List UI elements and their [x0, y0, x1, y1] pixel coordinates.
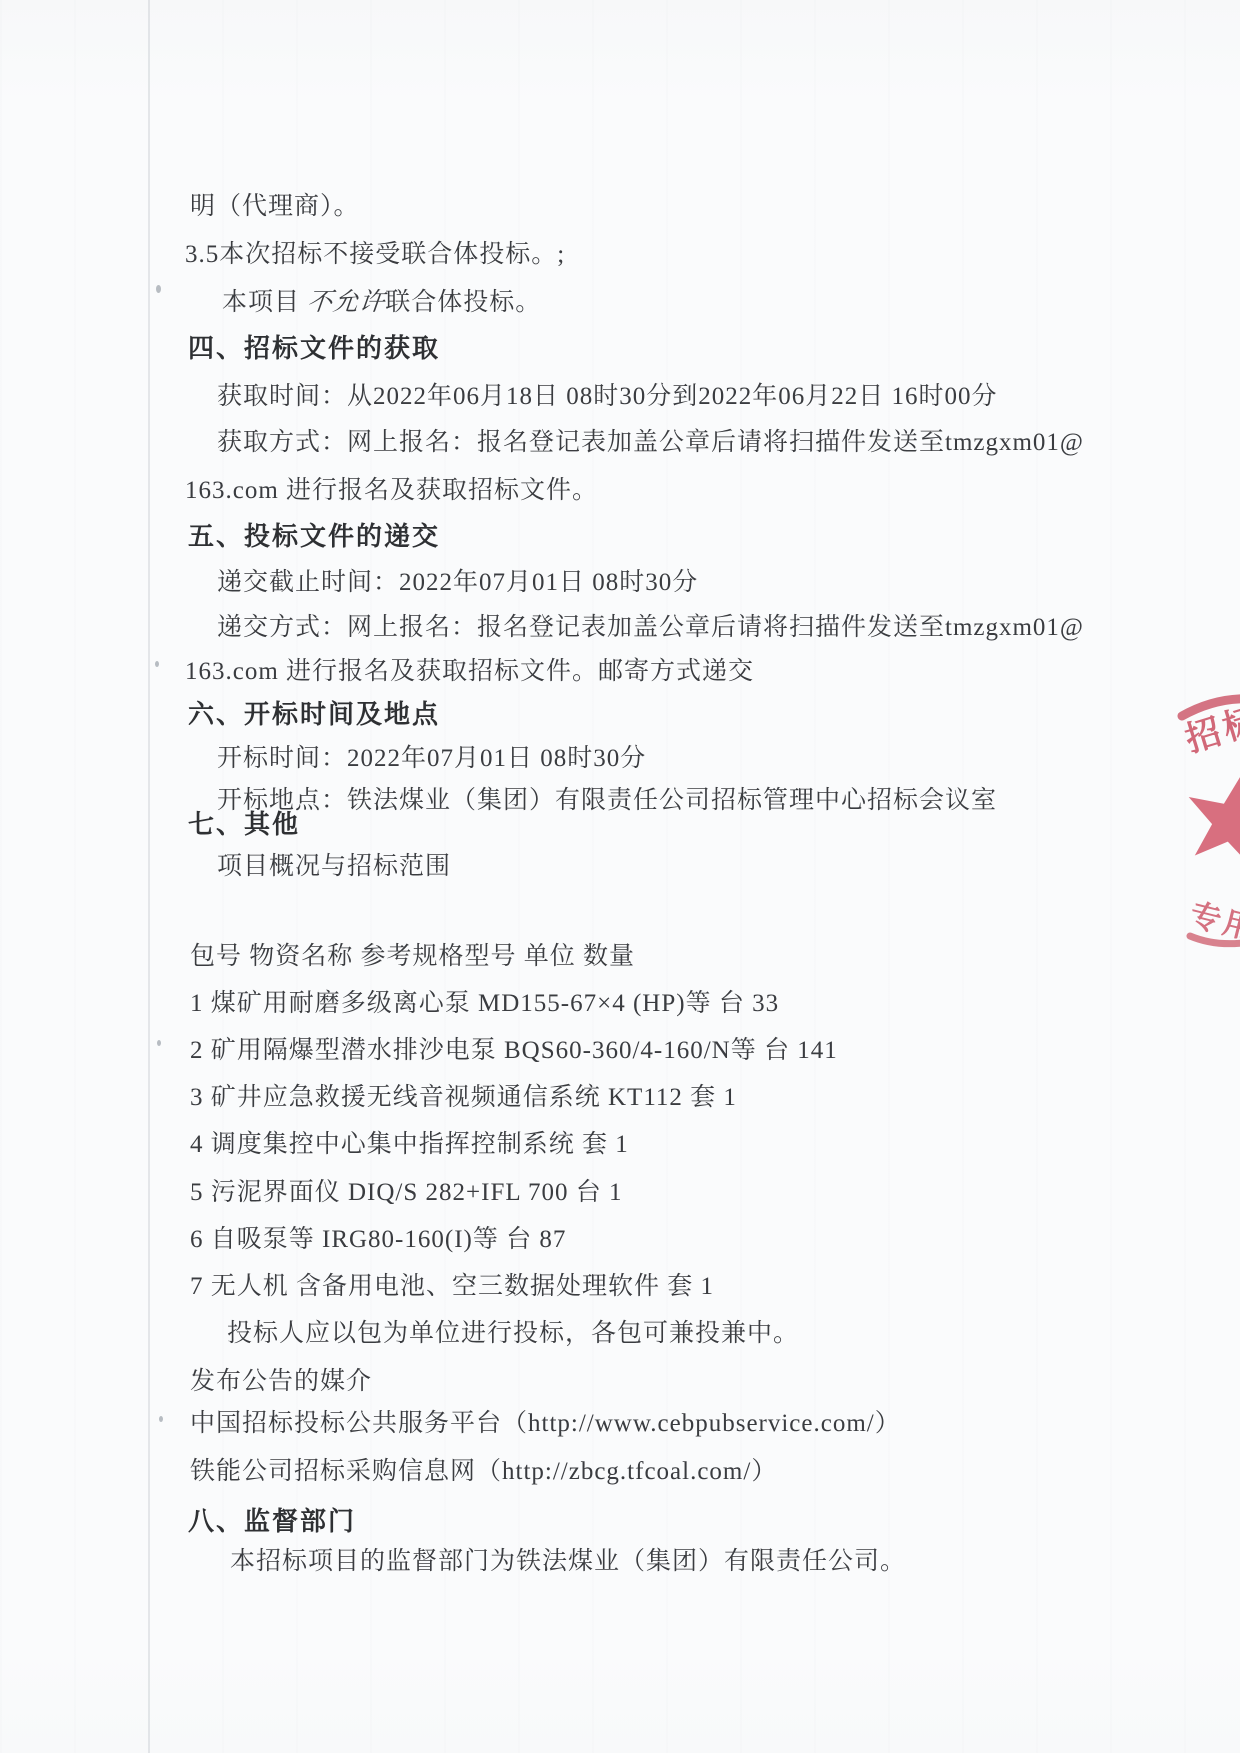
stamp-star-icon	[1189, 773, 1240, 868]
scan-speck	[159, 1416, 163, 1422]
clause-no-consortium-emphasis: 不允许	[306, 287, 387, 318]
package-item-row: 4 调度集控中心集中指挥控制系统 套 1	[190, 1129, 629, 1160]
scan-speck	[155, 661, 159, 667]
package-item-row: 7 无人机 含备用电池、空三数据处理软件 套 1	[190, 1271, 714, 1302]
section-6-open-time: 开标时间：2022年07月01日 08时30分	[217, 743, 646, 774]
scan-streak-line	[148, 0, 150, 1753]
section-8-heading: 八、监督部门	[188, 1506, 356, 1539]
clause-no-consortium-prefix: 本项目	[222, 289, 307, 316]
section-4-obtain-time: 获取时间：从2022年06月18日 08时30分到2022年06月22日 16时…	[217, 381, 998, 412]
section-4-heading: 四、招标文件的获取	[188, 333, 440, 366]
clause-3-5: 3.5本次招标不接受联合体投标。;	[185, 239, 565, 270]
section-6-open-place: 开标地点：铁法煤业（集团）有限责任公司招标管理中心招标会议室	[217, 785, 997, 816]
section-7-overview-label: 项目概况与招标范围	[217, 851, 451, 882]
package-table-header: 包号 物资名称 参考规格型号 单位 数量	[190, 941, 635, 972]
package-item-row: 5 污泥界面仪 DIQ/S 282+IFL 700 台 1	[190, 1177, 622, 1208]
package-item-row: 1 煤矿用耐磨多级离心泵 MD155-67×4 (HP)等 台 33	[190, 988, 779, 1019]
section-5-submit-method-cont: 163.com 进行报名及获取招标文件。邮寄方式递交	[185, 656, 754, 687]
scan-speck	[156, 285, 161, 293]
red-seal-stamp: 招标 专用章	[1146, 688, 1240, 958]
package-item-row: 2 矿用隔爆型潜水排沙电泵 BQS60-360/4-160/N等 台 141	[190, 1035, 838, 1066]
section-8-body: 本招标项目的监督部门为铁法煤业（集团）有限责任公司。	[230, 1546, 906, 1577]
clause-no-consortium-suffix: 联合体投标。	[385, 289, 541, 316]
section-5-heading: 五、投标文件的递交	[188, 521, 440, 554]
clause-no-consortium: 本项目 不允许联合体投标。	[222, 287, 541, 318]
paragraph-agent-tail: 明（代理商）。	[190, 191, 360, 222]
section-4-obtain-method: 获取方式：网上报名：报名登记表加盖公章后请将扫描件发送至tmzgxm01@	[217, 427, 1084, 458]
media-platform-cebpub: 中国招标投标公共服务平台（http://www.cebpubservice.co…	[190, 1408, 901, 1439]
section-5-submit-method: 递交方式：网上报名：报名登记表加盖公章后请将扫描件发送至tmzgxm01@	[217, 612, 1084, 643]
media-platform-tfcoal: 铁能公司招标采购信息网（http://zbcg.tfcoal.com/）	[190, 1456, 777, 1487]
section-7-heading: 七、其他	[188, 809, 300, 842]
bidding-note: 投标人应以包为单位进行投标，各包可兼投兼中。	[227, 1318, 799, 1349]
section-4-obtain-method-cont: 163.com 进行报名及获取招标文件。	[185, 475, 598, 506]
section-5-deadline: 递交截止时间：2022年07月01日 08时30分	[217, 567, 698, 598]
package-item-row: 6 自吸泵等 IRG80-160(I)等 台 87	[190, 1224, 566, 1255]
scan-speck	[157, 1040, 161, 1046]
scanned-tender-document-page: 明（代理商）。 3.5本次招标不接受联合体投标。; 本项目 不允许联合体投标。 …	[0, 0, 1240, 1753]
package-item-row: 3 矿井应急救援无线音视频通信系统 KT112 套 1	[190, 1082, 737, 1113]
section-6-heading: 六、开标时间及地点	[188, 699, 440, 732]
announcement-media-heading: 发布公告的媒介	[190, 1366, 372, 1397]
